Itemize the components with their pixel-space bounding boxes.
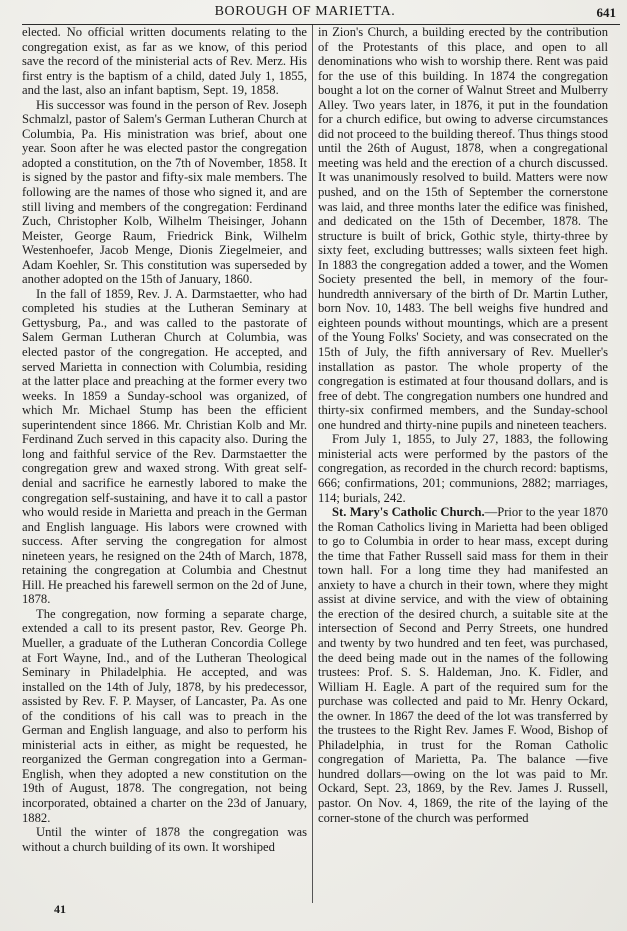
paragraph: His successor was found in the person of…	[22, 98, 307, 287]
paragraph: in Zion's Church, a building erected by …	[318, 25, 608, 432]
section-heading: St. Mary's Catholic Church.	[332, 505, 485, 519]
page-header: BOROUGH OF MARIETTA. 641	[18, 0, 618, 22]
left-column: elected. No official written documents r…	[22, 25, 307, 854]
paragraph: elected. No official written documents r…	[22, 25, 307, 98]
paragraph: In the fall of 1859, Rev. J. A. Darmstae…	[22, 287, 307, 607]
signature-mark: 41	[54, 902, 66, 917]
right-column: in Zion's Church, a building erected by …	[318, 25, 608, 825]
section-text: —Prior to the year 1870 the Roman Cathol…	[318, 505, 608, 824]
paragraph: Until the winter of 1878 the congregatio…	[22, 825, 307, 854]
paragraph: From July 1, 1855, to July 27, 1883, the…	[318, 432, 608, 505]
column-divider	[312, 25, 313, 903]
page-number: 641	[597, 5, 617, 21]
running-title: BOROUGH OF MARIETTA.	[18, 4, 618, 20]
book-page: BOROUGH OF MARIETTA. 641 elected. No off…	[0, 0, 627, 931]
section-paragraph: St. Mary's Catholic Church.—Prior to the…	[318, 505, 608, 825]
paragraph: The congregation, now forming a separate…	[22, 607, 307, 825]
